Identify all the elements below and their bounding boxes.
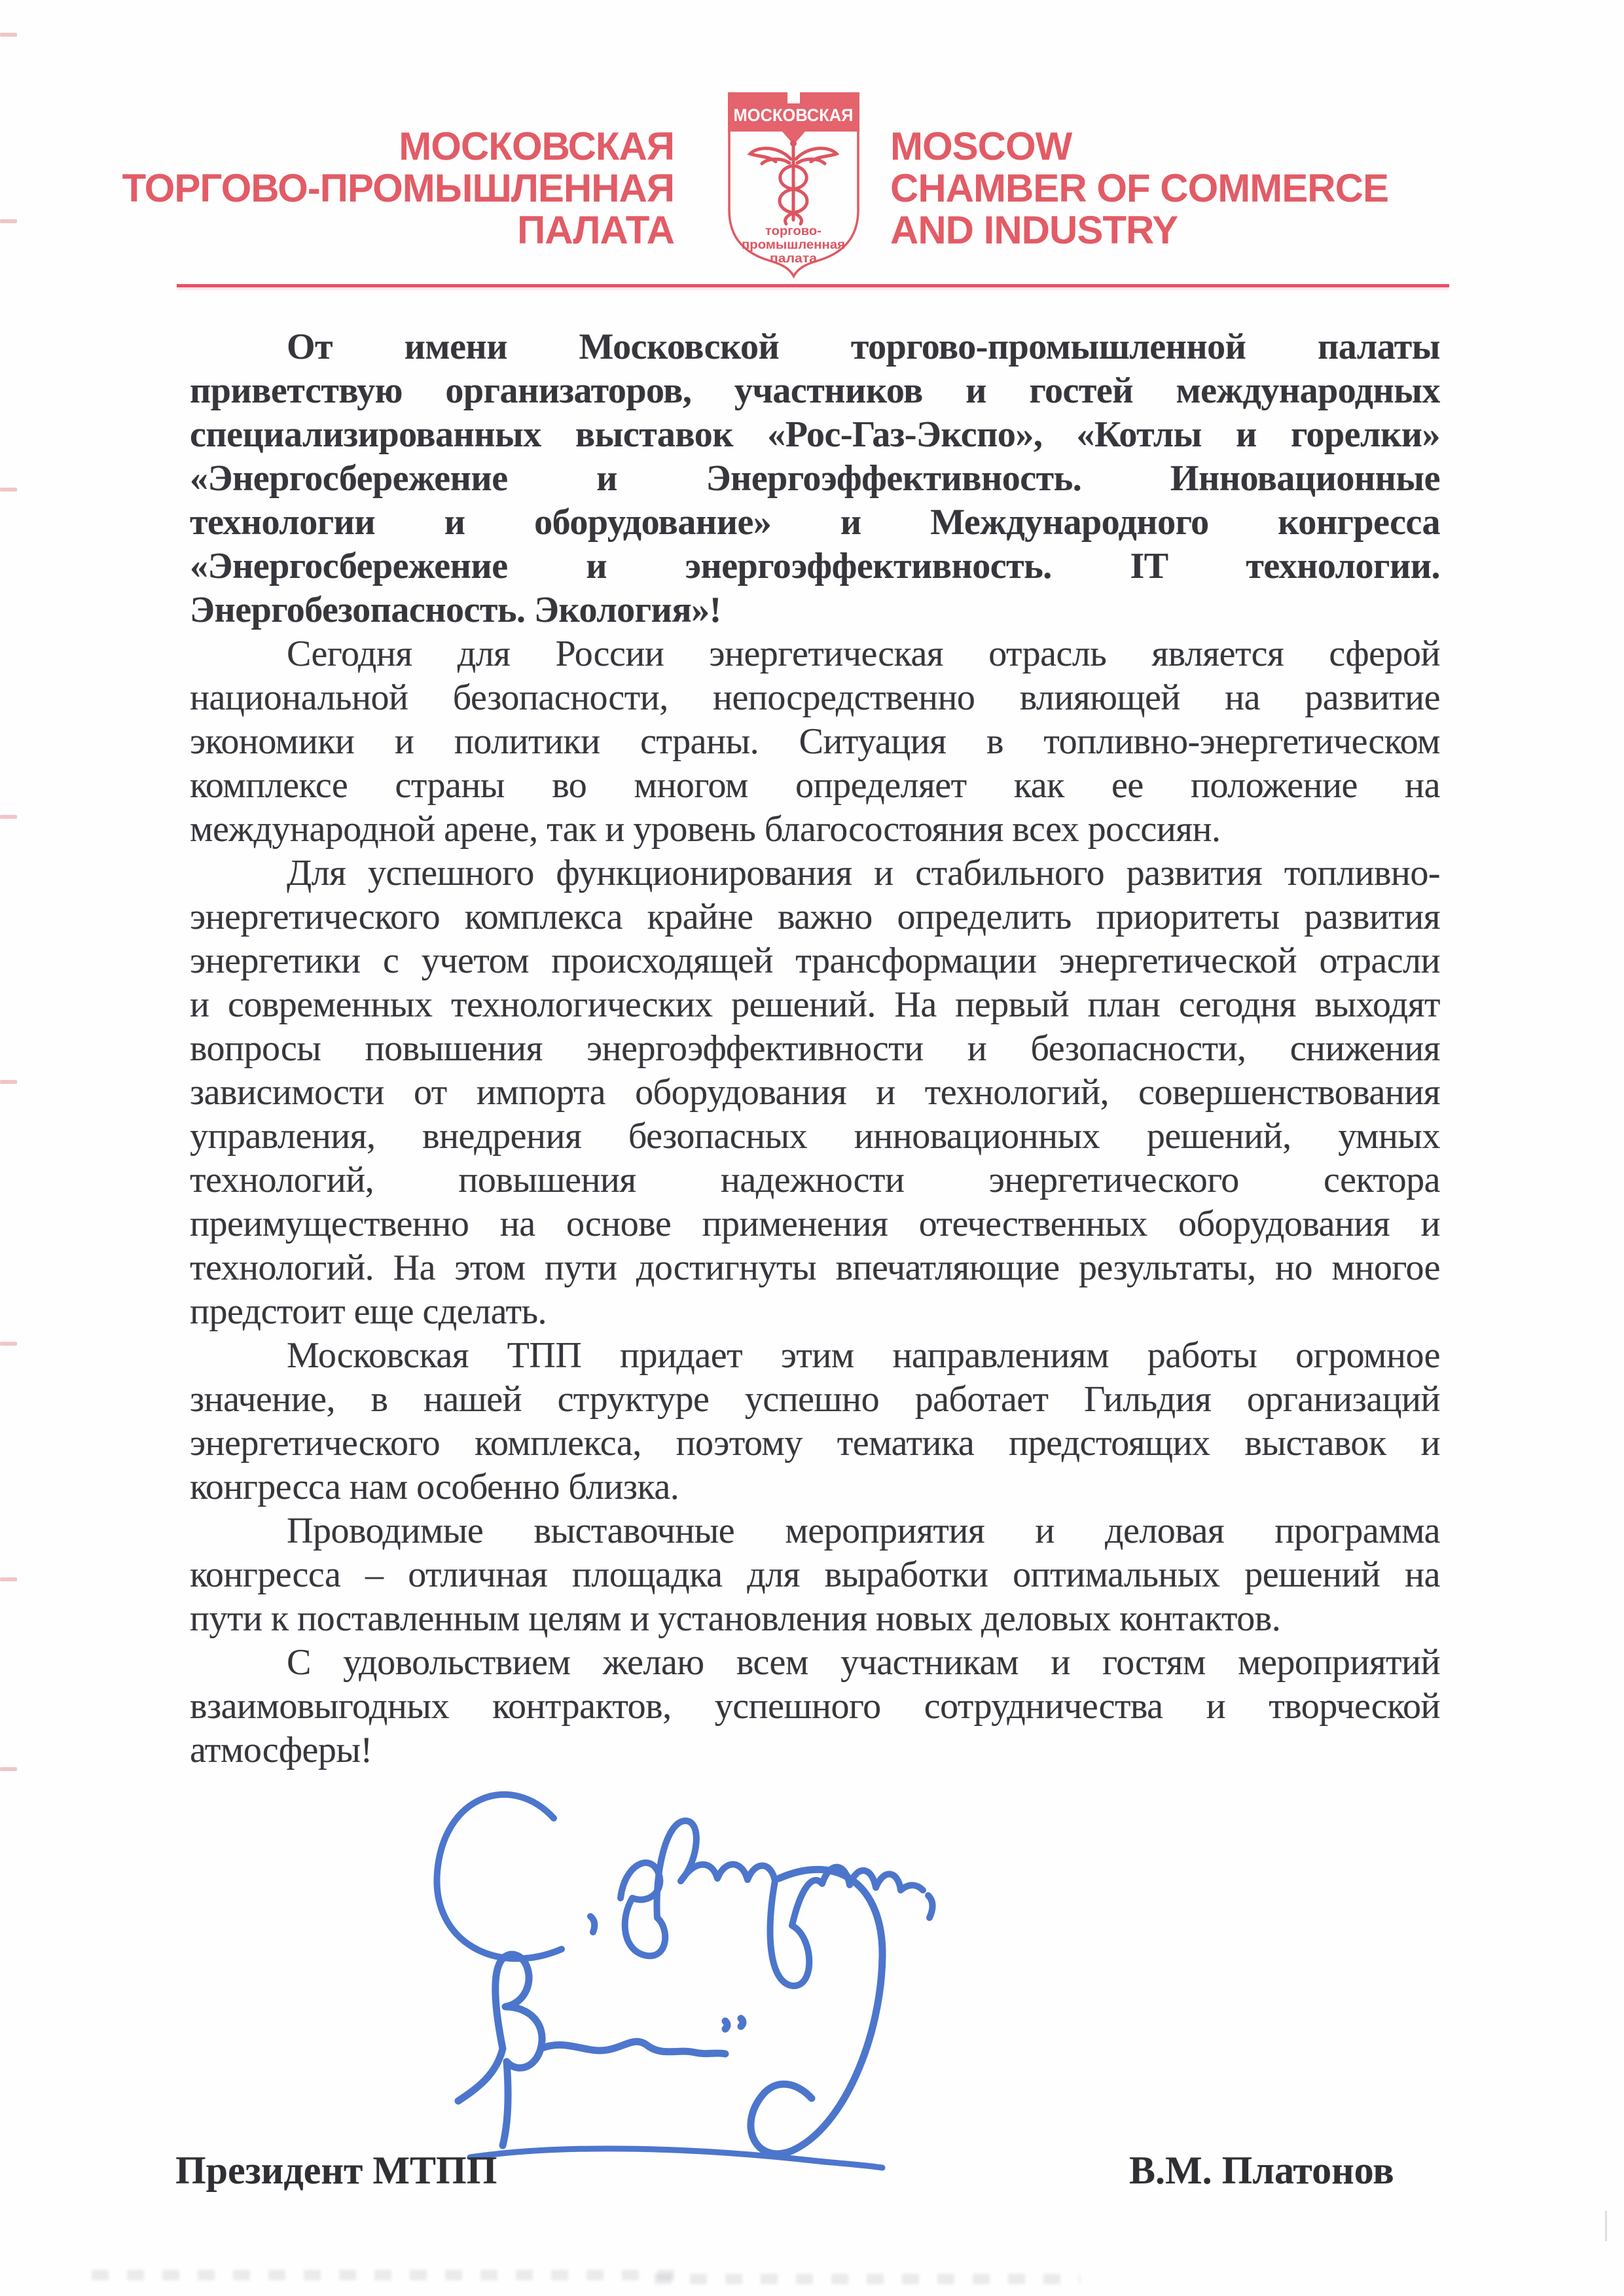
org-ru-line: ПАЛАТА xyxy=(122,209,675,251)
body-line: конгресса – отличная площадка для вырабо… xyxy=(190,1553,1440,1597)
signature-scrawl xyxy=(458,1869,882,2153)
body-line: Проводимые выставочные мероприятия и дел… xyxy=(190,1509,1440,1553)
logo-shield-emblem-icon: МОСКОВСКАЯ торгово- промышленная xyxy=(720,86,867,279)
scan-artifact xyxy=(0,33,17,37)
letter-body: От имени Московской торгово-промышленной… xyxy=(190,325,1440,1772)
body-line: экономики и политики страны. Ситуация в … xyxy=(190,720,1440,764)
org-name-en: MOSCOW CHAMBER OF COMMERCE AND INDUSTRY xyxy=(890,126,1388,251)
body-line: энергетического комплекса, поэтому темат… xyxy=(190,1422,1440,1465)
scan-artifact xyxy=(0,1577,17,1581)
body-line: «Энергосбережение и Энергоэффективность.… xyxy=(190,457,1440,501)
body-line: вопросы повышения энергоэффективности и … xyxy=(190,1027,1440,1071)
body-line: Для успешного функционирования и стабиль… xyxy=(190,852,1440,895)
scan-artifact xyxy=(0,1342,17,1346)
signature-underline xyxy=(470,2149,882,2168)
scan-artifact xyxy=(0,1767,17,1771)
body-line: Энергобезопасность. Экология»! xyxy=(190,588,1440,632)
header-divider xyxy=(177,284,1449,287)
scan-artifact xyxy=(0,219,17,223)
body-line: энергетического комплекса крайне важно о… xyxy=(190,895,1440,939)
body-line: От имени Московской торгово-промышленной… xyxy=(190,325,1440,369)
body-line: энергетики с учетом происходящей трансфо… xyxy=(190,939,1440,983)
scan-artifact xyxy=(0,488,17,492)
org-ru-line: ТОРГОВО-ПРОМЫШЛЕННАЯ xyxy=(122,168,675,209)
scan-artifact xyxy=(0,815,17,819)
body-line: зависимости от импорта оборудования и те… xyxy=(190,1071,1440,1115)
org-en-line: AND INDUSTRY xyxy=(890,209,1388,251)
body-line: взаимовыгодных контрактов, успешного сот… xyxy=(190,1685,1440,1729)
body-line: С удовольствием желаю всем участникам и … xyxy=(190,1641,1440,1685)
body-line: специализированных выставок «Рос-Газ-Экс… xyxy=(190,413,1440,457)
body-line: предстоит еще сделать. xyxy=(190,1290,1440,1334)
logo-bottom-label-2: промышленная xyxy=(742,238,845,252)
body-line: приветствую организаторов, участников и … xyxy=(190,369,1440,413)
body-line: технологий. На этом пути достигнуты впеч… xyxy=(190,1246,1440,1290)
logo-top-label: МОСКОВСКАЯ xyxy=(734,105,854,125)
org-en-line: MOSCOW xyxy=(890,126,1388,168)
body-line: «Энергосбережение и энергоэффективность.… xyxy=(190,545,1440,588)
body-line: комплексе страны во многом определяет ка… xyxy=(190,764,1440,808)
body-line: преимущественно на основе применения оте… xyxy=(190,1202,1440,1246)
signatory-title: Президент МТПП xyxy=(175,2148,497,2193)
scan-noise xyxy=(655,2274,1080,2284)
scan-artifact xyxy=(1605,2211,1607,2241)
caduceus-icon xyxy=(750,140,837,224)
body-line: значение, в нашей структуре успешно рабо… xyxy=(190,1378,1440,1422)
handwritten-signature xyxy=(360,1761,1015,2193)
body-line: управления, внедрения безопасных инновац… xyxy=(190,1115,1440,1158)
body-line: Московская ТПП придает этим направлениям… xyxy=(190,1334,1440,1378)
logo-bottom-label-3: палата xyxy=(770,252,817,266)
body-line: технологии и оборудование» и Международн… xyxy=(190,501,1440,545)
letter-page: МОСКОВСКАЯ ТОРГОВО-ПРОМЫШЛЕННАЯ ПАЛАТА М… xyxy=(0,0,1624,2296)
body-line: международной арене, так и уровень благо… xyxy=(190,808,1440,852)
org-name-ru: МОСКОВСКАЯ ТОРГОВО-ПРОМЫШЛЕННАЯ ПАЛАТА xyxy=(122,126,675,251)
logo-band-notch xyxy=(787,92,800,103)
body-line: Сегодня для России энергетическая отрасл… xyxy=(190,632,1440,676)
logo-bottom-label-1: торгово- xyxy=(765,224,821,238)
scan-artifact xyxy=(0,1080,17,1084)
org-ru-line: МОСКОВСКАЯ xyxy=(122,126,675,168)
closing-transcript: С уважением, xyxy=(0,0,1,1)
org-en-line: CHAMBER OF COMMERCE xyxy=(890,168,1388,209)
scan-noise xyxy=(92,2270,681,2280)
body-line: национальной безопасности, непосредствен… xyxy=(190,676,1440,720)
body-line: пути к поставленным целям и установления… xyxy=(190,1597,1440,1641)
signatory-name: В.М. Платонов xyxy=(1129,2148,1394,2193)
body-line: конгресса нам особенно близка. xyxy=(190,1465,1440,1509)
body-line: и современных технологических решений. Н… xyxy=(190,983,1440,1027)
mtpp-logo: МОСКОВСКАЯ торгово- промышленная xyxy=(720,86,867,279)
body-line: технологий, повышения надежности энергет… xyxy=(190,1158,1440,1202)
